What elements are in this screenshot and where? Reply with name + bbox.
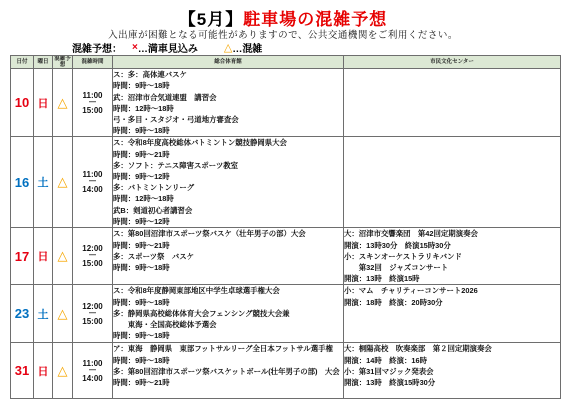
header-weekday: 曜日 bbox=[34, 56, 53, 69]
event-line: 時間：9時～18時 bbox=[113, 262, 343, 273]
event-line: 開演：13時30分 終演15時30分 bbox=[344, 240, 560, 251]
date-cell: 16 bbox=[11, 137, 34, 228]
event-line: ア：東海 静岡県 東部フットサルリーグ全日本フットサル選手権 bbox=[113, 343, 343, 354]
time-end: 14:00 bbox=[73, 185, 112, 194]
event-line: 時間：9時～21時 bbox=[113, 240, 343, 251]
event-line: 時間：9時～12時 bbox=[113, 216, 343, 227]
crowded-triangle-icon: △ bbox=[58, 174, 68, 189]
date-cell: 23 bbox=[11, 285, 34, 343]
weekday-cell: 日 bbox=[34, 228, 53, 285]
time-cell: 11:00—15:00 bbox=[73, 69, 113, 137]
event-line: 武：沼津市合気道連盟 講習会 bbox=[113, 92, 343, 103]
event-line: 時間：9時～18時 bbox=[113, 355, 343, 366]
legend-full-text: …満車見込み bbox=[138, 40, 198, 55]
time-cell: 12:00—15:00 bbox=[73, 285, 113, 343]
table-row: 17日△12:00—15:00ス：第80回沼津市スポーツ祭バスケ（壮年男子の部）… bbox=[11, 228, 561, 285]
forecast-cell: △ bbox=[53, 69, 73, 137]
time-end: 15:00 bbox=[73, 106, 112, 115]
center-events-cell bbox=[344, 137, 561, 228]
center-events-cell: 小：マム チャリティーコンサート2026開演：18時 終演：20時30分 bbox=[344, 285, 561, 343]
crowded-triangle-icon: △ bbox=[58, 95, 68, 110]
legend-label: 混雑予想： bbox=[72, 40, 122, 55]
event-line: ス：第80回沼津市スポーツ祭バスケ（壮年男子の部）大会 bbox=[113, 228, 343, 239]
forecast-cell: △ bbox=[53, 137, 73, 228]
forecast-table-body: 10日△11:00—15:00ス：多：高体連バスケ時間：9時～18時武：沼津市合… bbox=[11, 69, 561, 399]
forecast-cell: △ bbox=[53, 285, 73, 343]
event-line: 開演：13時 終演15時30分 bbox=[344, 377, 560, 388]
date-cell: 17 bbox=[11, 228, 34, 285]
gym-events-cell: ス：令和8年度高校総体バトミントン競技静岡県大会時間：9時～21時多：ソフト：テ… bbox=[113, 137, 344, 228]
forecast-cell: △ bbox=[53, 343, 73, 399]
gym-events-cell: ス：令和8年度静岡東部地区中学生卓球選手権大会時間：9時～18時多：静岡県高校総… bbox=[113, 285, 344, 343]
crowded-triangle-icon: △ bbox=[58, 363, 68, 378]
event-line: 時間：9時～18時 bbox=[113, 297, 343, 308]
time-end: 14:00 bbox=[73, 374, 112, 383]
header-center: 市民文化センター bbox=[344, 56, 561, 69]
subtitle: 入出庫が困難となる可能性がありますので、公共交通機関をご利用ください。 bbox=[0, 27, 566, 41]
table-row: 23土△12:00—15:00ス：令和8年度静岡東部地区中学生卓球選手権大会時間… bbox=[11, 285, 561, 343]
time-cell: 12:00—15:00 bbox=[73, 228, 113, 285]
event-line: 時間：9時～18時 bbox=[113, 80, 343, 91]
time-end: 15:00 bbox=[73, 317, 112, 326]
table-row: 16土△11:00—14:00ス：令和8年度高校総体バトミントン競技静岡県大会時… bbox=[11, 137, 561, 228]
event-line: 大：沼津市交響楽団 第42回定期演奏会 bbox=[344, 228, 560, 239]
center-events-cell bbox=[344, 69, 561, 137]
crowded-mark-icon: △ bbox=[224, 41, 232, 54]
date-cell: 10 bbox=[11, 69, 34, 137]
event-line: 多：第80回沼津市スポーツ祭バスケットボール(壮年男子の部) 大会 bbox=[113, 366, 343, 377]
forecast-cell: △ bbox=[53, 228, 73, 285]
legend: 混雑予想： × …満車見込み △ …混雑 bbox=[72, 40, 262, 55]
header-gym: 総合体育館 bbox=[113, 56, 344, 69]
event-line: 時間：9時～18時 bbox=[113, 125, 343, 136]
crowded-triangle-icon: △ bbox=[58, 248, 68, 263]
event-line: 開演：13時 終演15時 bbox=[344, 273, 560, 284]
event-line: 開演：14時 終演：16時 bbox=[344, 355, 560, 366]
event-line: 小：マム チャリティーコンサート2026 bbox=[344, 285, 560, 296]
weekday-cell: 日 bbox=[34, 69, 53, 137]
event-line: 弓・多目・スタジオ・弓道地方審査会 bbox=[113, 114, 343, 125]
event-line: 時間：12時～18時 bbox=[113, 193, 343, 204]
event-line: ス：令和8年度静岡東部地区中学生卓球選手権大会 bbox=[113, 285, 343, 296]
table-header-row: 日付 曜日 混雑予想 混雑時間 総合体育館 市民文化センター bbox=[11, 56, 561, 69]
event-line: 多：バトミントンリーグ bbox=[113, 182, 343, 193]
center-events-cell: 大：桐陽高校 吹奏楽部 第２回定期演奏会開演：14時 終演：16時小：第31回マ… bbox=[344, 343, 561, 399]
forecast-table: 日付 曜日 混雑予想 混雑時間 総合体育館 市民文化センター 10日△11:00… bbox=[10, 55, 561, 399]
header-date: 日付 bbox=[11, 56, 34, 69]
weekday-cell: 日 bbox=[34, 343, 53, 399]
date-cell: 31 bbox=[11, 343, 34, 399]
event-line: 大：桐陽高校 吹奏楽部 第２回定期演奏会 bbox=[344, 343, 560, 354]
legend-crowded-text: …混雑 bbox=[232, 40, 262, 55]
weekday-cell: 土 bbox=[34, 137, 53, 228]
gym-events-cell: ア：東海 静岡県 東部フットサルリーグ全日本フットサル選手権時間：9時～18時多… bbox=[113, 343, 344, 399]
event-line: 開演：18時 終演：20時30分 bbox=[344, 297, 560, 308]
event-line: 時間：9時～21時 bbox=[113, 149, 343, 160]
event-line: 時間：9時～18時 bbox=[113, 330, 343, 341]
event-line: 小：第31回マジック発表会 bbox=[344, 366, 560, 377]
table-row: 10日△11:00—15:00ス：多：高体連バスケ時間：9時～18時武：沼津市合… bbox=[11, 69, 561, 137]
flyer-page: 【5月】駐車場の混雑予想 入出庫が困難となる可能性がありますので、公共交通機関を… bbox=[0, 0, 566, 400]
event-line: 小：スキンオーケストラリキバンド bbox=[344, 251, 560, 262]
table-row: 31日△11:00—14:00ア：東海 静岡県 東部フットサルリーグ全日本フット… bbox=[11, 343, 561, 399]
event-line: 武B：剣道初心者講習会 bbox=[113, 205, 343, 216]
event-line: 多：静岡県高校総体体育大会フェンシング競技大会兼 bbox=[113, 308, 343, 319]
crowded-triangle-icon: △ bbox=[58, 306, 68, 321]
time-end: 15:00 bbox=[73, 259, 112, 268]
event-line: 第32回 ジャズコンサート bbox=[344, 262, 560, 273]
event-line: 多：スポーツ祭 バスケ bbox=[113, 251, 343, 262]
event-line: ス：令和8年度高校総体バトミントン競技静岡県大会 bbox=[113, 137, 343, 148]
event-line: 東海・全国高校総体予選会 bbox=[113, 319, 343, 330]
center-events-cell: 大：沼津市交響楽団 第42回定期演奏会開演：13時30分 終演15時30分小：ス… bbox=[344, 228, 561, 285]
time-cell: 11:00—14:00 bbox=[73, 343, 113, 399]
event-line: ス：多：高体連バスケ bbox=[113, 69, 343, 80]
gym-events-cell: ス：多：高体連バスケ時間：9時～18時武：沼津市合気道連盟 講習会時間：12時～… bbox=[113, 69, 344, 137]
gym-events-cell: ス：第80回沼津市スポーツ祭バスケ（壮年男子の部）大会時間：9時～21時多：スポ… bbox=[113, 228, 344, 285]
event-line: 時間：9時～12時 bbox=[113, 171, 343, 182]
event-line: 多：ソフト：テニス障害スポーツ教室 bbox=[113, 160, 343, 171]
time-cell: 11:00—14:00 bbox=[73, 137, 113, 228]
weekday-cell: 土 bbox=[34, 285, 53, 343]
header-time: 混雑時間 bbox=[73, 56, 113, 69]
event-line: 時間：12時～18時 bbox=[113, 103, 343, 114]
event-line: 時間：9時～21時 bbox=[113, 377, 343, 388]
header-forecast: 混雑予想 bbox=[53, 56, 73, 69]
